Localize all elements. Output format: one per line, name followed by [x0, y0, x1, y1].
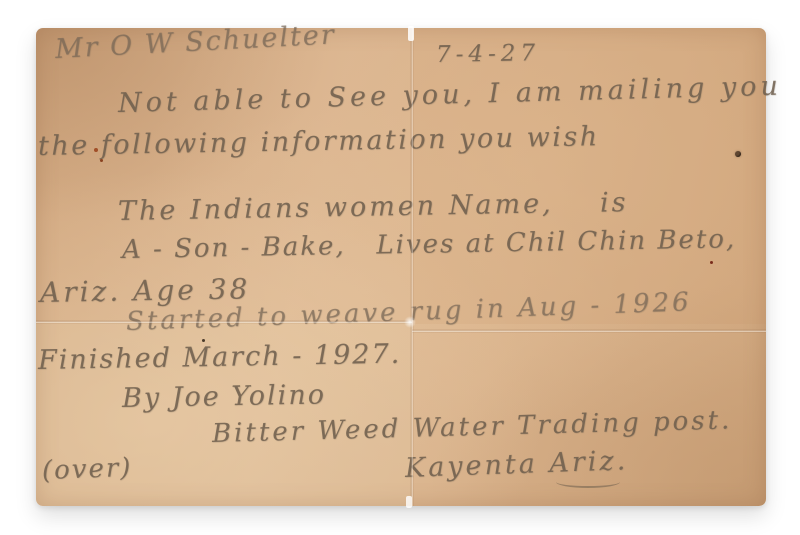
fold-gap-top: [408, 26, 414, 41]
handwriting-line: Finished March - 1927.: [38, 339, 402, 376]
trading-post-line: Bitter Weed Water Trading post.: [212, 405, 733, 449]
handwriting-line: Not able to See you, I am mailing you: [118, 71, 783, 119]
pinhole-mark: [735, 151, 741, 157]
handwriting-line: The Indians women Name, is: [118, 187, 629, 227]
horizontal-fold-crease-right: [412, 329, 766, 333]
paper-speck: [202, 339, 205, 342]
fold-intersection-highlight: [404, 316, 416, 328]
paper-speck: [710, 261, 713, 264]
fold-gap-bottom: [406, 496, 412, 508]
underline-flourish: [556, 476, 620, 488]
postcard: Mr O W Schuelter 7-4-27 Not able to See …: [36, 28, 766, 506]
date-line: 7-4-27: [436, 40, 541, 68]
signature-line: By Joe Yolino: [122, 379, 326, 414]
horizontal-fold-crease-left: [36, 320, 412, 324]
handwriting-line: the following information you wish: [38, 121, 600, 162]
over-note: (over): [41, 453, 132, 486]
recipient-line: Mr O W Schuelter: [54, 19, 336, 65]
vertical-fold-crease: [410, 28, 414, 506]
photo-background: Mr O W Schuelter 7-4-27 Not able to See …: [0, 0, 800, 535]
paper-speck: [94, 148, 98, 152]
handwriting-line: A - Son - Bake, Lives at Chil Chin Beto,: [122, 224, 737, 265]
paper-speck: [100, 159, 103, 162]
